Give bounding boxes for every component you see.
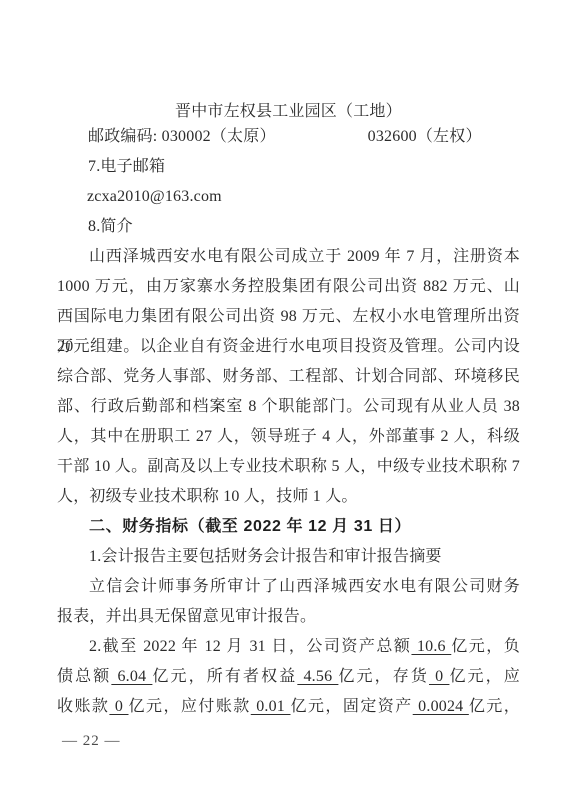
text-segment: 亿元， bbox=[469, 698, 520, 715]
text-segment: 万元组建。以企业自有资金进行水电项目投资及管理。公司内设 bbox=[57, 338, 520, 355]
text-segment: 032600（左权） bbox=[368, 128, 482, 145]
text-segment: 亿元，负 bbox=[451, 638, 520, 655]
text-line: zcxa2010@163.com bbox=[57, 182, 520, 212]
text-segment: 二、财务指标（截至 2022 年 12 月 31 日） bbox=[89, 518, 411, 535]
text-line: 报表，并出具无保留意见审计报告。 bbox=[57, 602, 520, 632]
text-segment: 综合部、党务人事部、财务部、工程部、计划合同部、环境移民 bbox=[57, 368, 520, 385]
text-segment: 报表，并出具无保留意见审计报告。 bbox=[57, 608, 316, 625]
text-line: 干部 10 人。副高及以上专业技术职称 5 人，中级专业技术职称 7 bbox=[57, 452, 520, 482]
text-segment: 晋中市左权县工业园区（工地） bbox=[175, 103, 402, 120]
text-line: 万元组建。以企业自有资金进行水电项目投资及管理。公司内设 bbox=[57, 332, 520, 362]
text-segment: 亿元，应 bbox=[449, 668, 520, 685]
text-segment: 立信会计师事务所审计了山西泽城西安水电有限公司财务 bbox=[89, 578, 520, 595]
text-segment: 收账款 bbox=[57, 698, 109, 715]
text-line: 收账款 0 亿元，应付账款 0.01 亿元，固定资产 0.0024 亿元， bbox=[57, 692, 520, 722]
text-segment: 亿元，所有者权益 bbox=[152, 668, 297, 685]
text-line: 债总额 6.04 亿元，所有者权益 4.56 亿元，存货 0 亿元，应 bbox=[57, 662, 520, 692]
underlined-value: 0 bbox=[429, 668, 449, 685]
page-number: — 22 — bbox=[62, 726, 121, 756]
text-line: 西国际电力集团有限公司出资 98 万元、左权小水电管理所出资 20 bbox=[57, 302, 520, 332]
text-segment: 债总额 bbox=[57, 668, 111, 685]
text-segment: 2.截至 2022 年 12 月 31 日，公司资产总额 bbox=[89, 638, 411, 655]
text-line: 8.简介 bbox=[57, 212, 520, 242]
text-line: 综合部、党务人事部、财务部、工程部、计划合同部、环境移民 bbox=[57, 362, 520, 392]
text-segment: 部、行政后勤部和档案室 8 个职能部门。公司现有从业人员 38 bbox=[57, 398, 520, 415]
text-segment: 1.会计报告主要包括财务会计报告和审计报告摘要 bbox=[89, 548, 442, 565]
text-segment: 人，其中在册职工 27 人，领导班子 4 人，外部董事 2 人，科级 bbox=[57, 428, 520, 445]
text-segment: 邮政编码: 030002（太原） bbox=[88, 128, 276, 145]
text-segment: zcxa2010@163.com bbox=[87, 188, 222, 205]
underlined-value: 10.6 bbox=[411, 638, 451, 655]
underlined-value: 0.0024 bbox=[413, 698, 469, 715]
text-line: 邮政编码: 030002（太原）032600（左权） bbox=[57, 122, 520, 152]
section-heading-line: 二、财务指标（截至 2022 年 12 月 31 日） bbox=[57, 512, 520, 542]
text-line: 2.截至 2022 年 12 月 31 日，公司资产总额 10.6 亿元，负 bbox=[57, 632, 520, 662]
text-segment: 亿元，固定资产 bbox=[290, 698, 412, 715]
text-line: 立信会计师事务所审计了山西泽城西安水电有限公司财务 bbox=[57, 572, 520, 602]
text-segment: 干部 10 人。副高及以上专业技术职称 5 人，中级专业技术职称 7 bbox=[57, 458, 520, 475]
text-segment: 亿元，应付账款 bbox=[129, 698, 251, 715]
underlined-value: 6.04 bbox=[111, 668, 152, 685]
text-line: 7.电子邮箱 bbox=[57, 152, 520, 182]
text-line: 1.会计报告主要包括财务会计报告和审计报告摘要 bbox=[57, 542, 520, 572]
text-line: 山西泽城西安水电有限公司成立于 2009 年 7 月，注册资本 bbox=[57, 242, 520, 272]
text-line: 1000 万元，由万家寨水务控股集团有限公司出资 882 万元、山 bbox=[57, 272, 520, 302]
text-line: 人，初级专业技术职称 10 人，技师 1 人。 bbox=[57, 482, 520, 512]
text-segment: 山西泽城西安水电有限公司成立于 2009 年 7 月，注册资本 bbox=[89, 248, 520, 265]
text-segment: 1000 万元，由万家寨水务控股集团有限公司出资 882 万元、山 bbox=[57, 278, 520, 295]
document-page: 晋中市左权县工业园区（工地）邮政编码: 030002（太原）032600（左权）… bbox=[0, 0, 575, 809]
text-segment: 人，初级专业技术职称 10 人，技师 1 人。 bbox=[57, 488, 358, 505]
underlined-value: 0.01 bbox=[251, 698, 291, 715]
text-segment: 亿元，存货 bbox=[338, 668, 429, 685]
text-line: 人，其中在册职工 27 人，领导班子 4 人，外部董事 2 人，科级 bbox=[57, 422, 520, 452]
column-gap bbox=[276, 140, 368, 141]
text-segment: 7.电子邮箱 bbox=[88, 158, 165, 175]
underlined-value: 0 bbox=[109, 698, 128, 715]
underlined-value: 4.56 bbox=[297, 668, 338, 685]
text-line: 部、行政后勤部和档案室 8 个职能部门。公司现有从业人员 38 bbox=[57, 392, 520, 422]
text-segment: 8.简介 bbox=[88, 218, 133, 235]
